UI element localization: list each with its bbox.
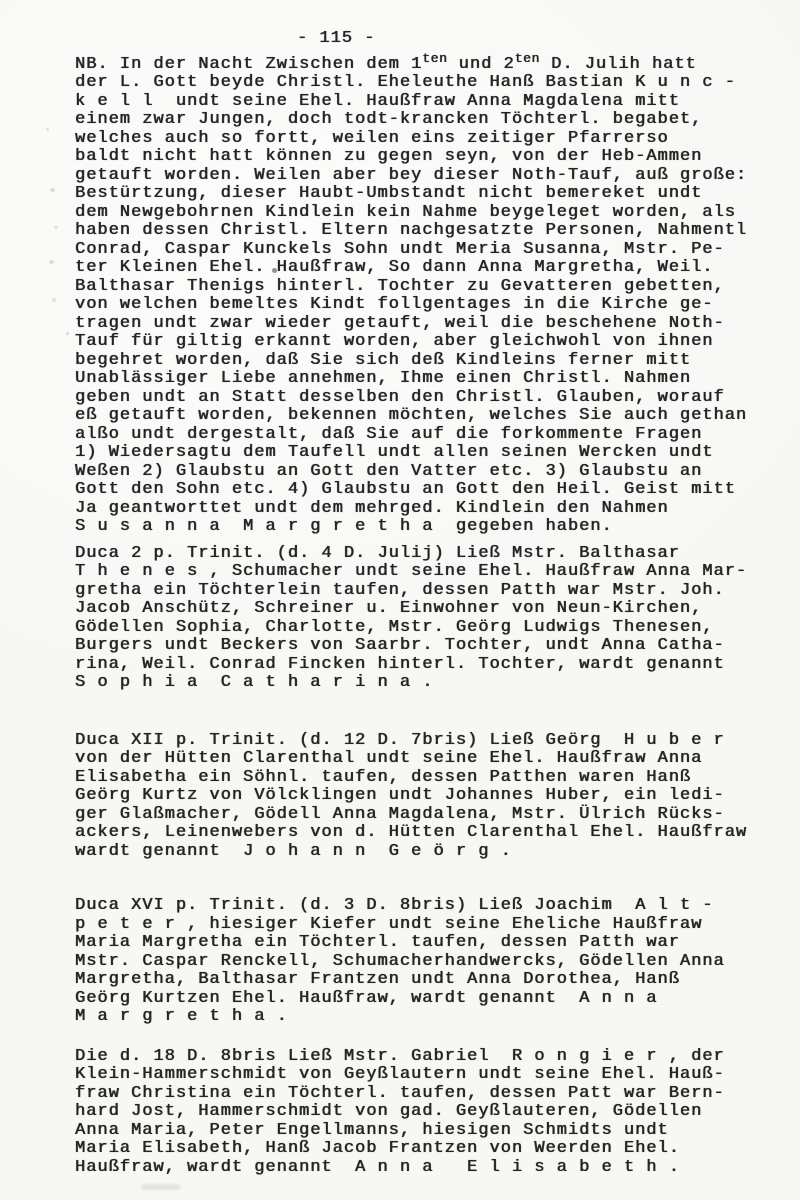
text-line: hard Jost, Hammerschmidt von gad. Geyßla…	[75, 1103, 800, 1122]
text-line: Anna Maria, Peter Engellmanns, hiesigen …	[75, 1122, 800, 1141]
text-line: fraw Christina ein Töchterl. taufen, des…	[75, 1085, 800, 1104]
scanned-document-page: - 115 - NB. In der Nacht Zwischen dem 1t…	[0, 0, 800, 1200]
text-line: geben undt an Statt desselben den Christ…	[75, 389, 800, 408]
text-line: Balthasar Thenigs hinterl. Tochter zu Ge…	[75, 278, 800, 297]
text-line: begehret worden, daß Sie sich deß Kindle…	[75, 352, 800, 371]
text-line: Gödellen Sophia, Charlotte, Mstr. Geörg …	[75, 619, 800, 638]
page-number: - 115 -	[297, 30, 800, 49]
text-line: Bestürtzung, dieser Haubt-Umbstandt nich…	[75, 185, 800, 204]
text-line: Burgers undt Beckers von Saarbr. Tochter…	[75, 637, 800, 656]
text-line: Elisabetha ein Söhnl. taufen, dessen Pat…	[75, 769, 800, 788]
text-line: Haußfraw, wardt genannt A n n a E l i s …	[75, 1159, 800, 1178]
text-line: der L. Gott beyde Christl. Eheleuthe Han…	[75, 74, 800, 93]
document-body: NB. In der Nacht Zwischen dem 1ten und 2…	[75, 56, 800, 1178]
text-line: M a r g r e t h a .	[75, 1008, 800, 1027]
text-line: k e l l undt seine Ehel. Haußfraw Anna M…	[75, 93, 800, 112]
text-line: ter Kleinen Ehel. Haußfraw, So dann Anna…	[75, 259, 800, 278]
text-line: p e t e r , hiesiger Kiefer undt seine E…	[75, 916, 800, 935]
text-line: gretha ein Töchterlein taufen, dessen Pa…	[75, 582, 800, 601]
text-line: baldt nicht hatt können zu gegen seyn, v…	[75, 148, 800, 167]
text-line: Jacob Anschütz, Schreiner u. Einwohner v…	[75, 600, 800, 619]
document-content: - 115 - NB. In der Nacht Zwischen dem 1t…	[75, 30, 800, 1177]
text-segment: und 2	[447, 55, 514, 74]
text-line: wardt genannt J o h a n n G e ö r g .	[75, 843, 800, 862]
text-line: dem Newgebohrnen Kindlein kein Nahme bey…	[75, 204, 800, 223]
text-line: Geörg Kurtzen Ehel. Haußfraw, wardt gena…	[75, 990, 800, 1009]
superscript-text: ten	[422, 51, 447, 66]
superscript-text: ten	[515, 51, 540, 66]
paragraph: Duca XVI p. Trinit. (d. 3 D. 8bris) Ließ…	[75, 897, 800, 1027]
paragraph: Duca 2 p. Trinit. (d. 4 D. Julij) Ließ M…	[75, 545, 800, 693]
text-line: Klein-Hammerschmidt von Geyßlautern undt…	[75, 1066, 800, 1085]
scan-artifact	[141, 1184, 181, 1190]
text-line: Mstr. Caspar Renckell, Schumacherhandwer…	[75, 953, 800, 972]
text-line: 1) Wiedersagtu dem Taufell undt allen se…	[75, 444, 800, 463]
text-line: S o p h i a C a t h a r i n a .	[75, 674, 800, 693]
scan-artifact	[49, 260, 54, 264]
text-line: von welchen bemeltes Kindt follgentages …	[75, 296, 800, 315]
paragraph: Duca XII p. Trinit. (d. 12 D. 7bris) Lie…	[75, 732, 800, 862]
text-line: welches auch so fortt, weilen eins zeiti…	[75, 130, 800, 149]
paragraph: Die d. 18 D. 8bris Ließ Mstr. Gabriel R …	[75, 1048, 800, 1178]
text-line: T h e n e s , Schumacher undt seine Ehel…	[75, 563, 800, 582]
text-line: Gott den Sohn etc. 4) Glaubstu an Gott d…	[75, 481, 800, 500]
text-line: Unablässiger Liebe annehmen, Ihme einen …	[75, 370, 800, 389]
paragraph: NB. In der Nacht Zwischen dem 1ten und 2…	[75, 56, 800, 537]
text-line: eß getauft worden, bekennen möchten, wel…	[75, 407, 800, 426]
text-line: S u s a n n a M a r g r e t h a gegeben …	[75, 518, 800, 537]
text-line: Duca XVI p. Trinit. (d. 3 D. 8bris) Ließ…	[75, 897, 800, 916]
text-segment: D. Julih hatt	[540, 55, 697, 74]
scan-artifact	[66, 332, 69, 335]
text-line: Die d. 18 D. 8bris Ließ Mstr. Gabriel R …	[75, 1048, 800, 1067]
scan-artifact	[46, 128, 49, 131]
text-line: Geörg Kurtz von Völcklingen undt Johanne…	[75, 787, 800, 806]
text-segment: NB. In der Nacht Zwischen dem 1	[75, 55, 422, 74]
text-line: Maria Margretha ein Töchterl. taufen, de…	[75, 934, 800, 953]
scan-artifact	[52, 298, 56, 302]
text-line: Margretha, Balthasar Frantzen undt Anna …	[75, 971, 800, 990]
text-line: ackers, Leinenwebers von d. Hütten Clare…	[75, 824, 800, 843]
text-line: rina, Weil. Conrad Fincken hinterl. Toch…	[75, 656, 800, 675]
text-line: alßo undt dergestalt, daß Sie auf die fo…	[75, 426, 800, 445]
text-line: einem zwar Jungen, doch todt-krancken Tö…	[75, 111, 800, 130]
text-line: Tauf für giltig erkannt worden, aber gle…	[75, 333, 800, 352]
text-line: Maria Elisabeth, Hanß Jacob Frantzen von…	[75, 1140, 800, 1159]
text-line: Weßen 2) Glaubstu an Gott den Vatter etc…	[75, 463, 800, 482]
text-line: getauft worden. Weilen aber bey dieser N…	[75, 167, 800, 186]
text-line: Conrad, Caspar Kunckels Sohn undt Meria …	[75, 241, 800, 260]
text-line: haben dessen Christl. Eltern nachgesatzt…	[75, 222, 800, 241]
text-line: NB. In der Nacht Zwischen dem 1ten und 2…	[75, 56, 800, 75]
text-line: Ja geantworttet undt dem mehrged. Kindle…	[75, 500, 800, 519]
text-line: ger Glaßmacher, Gödell Anna Magdalena, M…	[75, 806, 800, 825]
scan-artifact	[50, 188, 55, 192]
scan-artifact	[54, 226, 58, 229]
text-line: Duca 2 p. Trinit. (d. 4 D. Julij) Ließ M…	[75, 545, 800, 564]
text-line: Duca XII p. Trinit. (d. 12 D. 7bris) Lie…	[75, 732, 800, 751]
text-line: von der Hütten Clarenthal undt seine Ehe…	[75, 750, 800, 769]
text-line: tragen undt zwar wieder getauft, weil di…	[75, 315, 800, 334]
